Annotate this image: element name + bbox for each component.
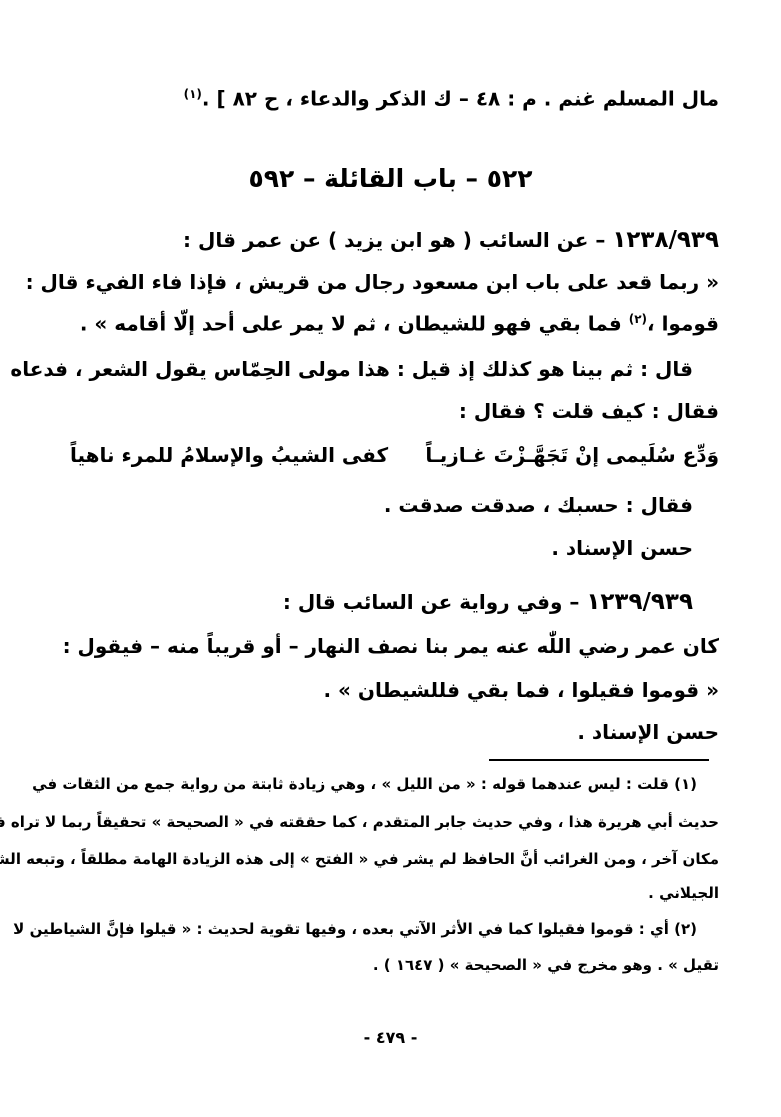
hadith-2-header: ١٢٣٩/٩٣٩ – وفي رواية عن السائب قال :	[283, 591, 693, 614]
footnote-1-line-4: الجيلاني .	[648, 886, 719, 901]
hadith-1-line-2-end: فما بقي فهو للشيطان ، ثم لا يمر على أحد …	[80, 312, 629, 336]
footnote-1-line-3: مكان آخر ، ومن الغرائب أنَّ الحافظ لم يش…	[66, 852, 719, 867]
footnote-1-line-1: (١) قلت : ليس عندهما قوله : « من الليل »…	[66, 777, 697, 792]
hadith-2-intro: – وفي رواية عن السائب قال :	[283, 590, 586, 614]
verse-second-hemistich: كفى الشيبُ والإسلامُ للمرء ناهياً	[70, 445, 388, 465]
hadith-2-grading: حسن الإسناد .	[577, 722, 719, 742]
footnote-ref-2: (٢)	[629, 312, 647, 326]
footnote-divider	[489, 759, 709, 761]
footnote-ref-1: (١)	[184, 87, 202, 101]
hadith-1-line-2-start: قوموا ،	[647, 312, 719, 336]
hadith-1-line-5: فقال : حسبك ، صدقت صدقت .	[384, 495, 693, 515]
hadith-1-grading: حسن الإسناد .	[551, 538, 693, 558]
hadith-1-line-4: فقال : كيف قلت ؟ فقال :	[459, 401, 719, 421]
hadith-1-line-3: قال : ثم بينا هو كذلك إذ قيل : هذا مولى …	[10, 359, 693, 379]
book-page: مال المسلم غنم . م : ٤٨ – ك الذكر والدعا…	[0, 0, 781, 1117]
hadith-2-line-1: كان عمر رضي اللّٰه عنه يمر بنا نصف النها…	[63, 636, 719, 656]
top-continuation-text: مال المسلم غنم . م : ٤٨ – ك الذكر والدعا…	[202, 87, 719, 111]
footnote-2-line-1: (٢) أي : قوموا فقيلوا كما في الأثر الآتي…	[66, 922, 697, 937]
footnote-1-line-2: حديث أبي هريرة هذا ، وفي حديث جابر المتق…	[66, 815, 719, 830]
hadith-1-line-2: قوموا ،(٢) فما بقي فهو للشيطان ، ثم لا ي…	[80, 313, 719, 334]
verse-first-hemistich: وَدِّع سُلَيمى إنْ تَجَهَّـزْتَ غـازيـاً	[425, 445, 719, 465]
top-continuation-line: مال المسلم غنم . م : ٤٨ – ك الذكر والدعا…	[184, 88, 719, 109]
hadith-1-line-1: « ربما قعد على باب ابن مسعود رجال من قري…	[26, 272, 719, 292]
hadith-2-line-2: « قوموا فقيلوا ، فما بقي فللشيطان » .	[323, 680, 719, 700]
hadith-1-intro: – عن السائب ( هو ابن يزيد ) عن عمر قال :	[183, 228, 612, 252]
page-number: - ٤٧٩ -	[0, 1030, 781, 1046]
footnote-2-line-2: تقيل » . وهو مخرج في « الصحيحة » ( ١٦٤٧ …	[373, 958, 719, 973]
hadith-1-header: ١٢٣٨/٩٣٩ – عن السائب ( هو ابن يزيد ) عن …	[183, 229, 719, 252]
chapter-heading: ٥٢٢ – باب القائلة – ٥٩٢	[0, 166, 781, 191]
hadith-2-number: ١٢٣٩/٩٣٩	[586, 589, 693, 615]
hadith-1-number: ١٢٣٨/٩٣٩	[612, 227, 719, 253]
